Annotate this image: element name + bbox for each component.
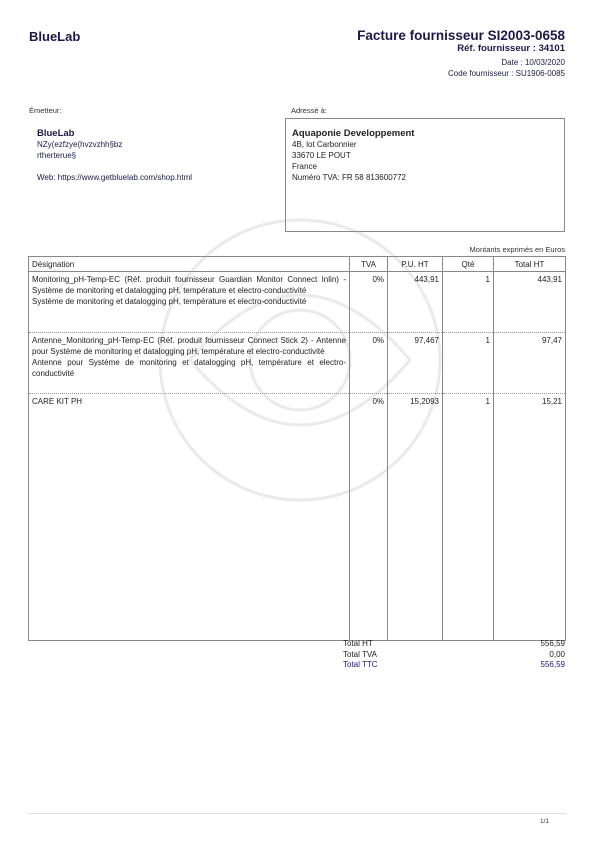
row-quantity: 1 <box>443 272 494 333</box>
row-total: 97,47 <box>494 333 566 394</box>
header-total: Total HT <box>494 257 566 272</box>
row-unit-price: 443,91 <box>388 272 443 333</box>
recipient-label: Adressé à: <box>291 106 327 115</box>
table-row: Antenne_Monitoring_pH-Temp-EC (Réf. prod… <box>29 333 566 394</box>
invoice-lines-table: Désignation TVA P.U. HT Qté Total HT Mon… <box>28 256 566 641</box>
invoice-date: Date : 10/03/2020 <box>501 58 565 67</box>
emitter-label: Émetteur: <box>29 106 62 115</box>
totals-block: Total HT 556,59 Total TVA 0,00 Total TTC… <box>343 639 565 671</box>
total-ht-value: 556,59 <box>541 639 565 650</box>
emitter-web: Web: https://www.getbluelab.com/shop.htm… <box>37 172 192 183</box>
page-number: 1/1 <box>540 818 549 825</box>
total-tva-row: Total TVA 0,00 <box>343 650 565 661</box>
currency-note: Montants exprimés en Euros <box>470 245 565 254</box>
row-unit-price: 15,2093 <box>388 394 443 641</box>
row-total: 443,91 <box>494 272 566 333</box>
header-tva: TVA <box>350 257 388 272</box>
total-ttc-value: 556,59 <box>541 660 565 671</box>
row-designation: Monitoring_pH-Temp-EC (Réf. produit four… <box>29 272 350 333</box>
description-text: Antenne pour Système de monitoring et da… <box>32 357 346 379</box>
recipient-block: Aquaponie Developpement 4B, lot Carbonni… <box>292 128 414 183</box>
emitter-name: BlueLab <box>37 128 192 139</box>
row-tva: 0% <box>350 333 388 394</box>
row-quantity: 1 <box>443 394 494 641</box>
row-designation: CARE KIT PH <box>29 394 350 641</box>
supplier-reference: Réf. fournisseur : 34101 <box>457 43 565 54</box>
row-tva: 0% <box>350 394 388 641</box>
supplier-code: Code fournisseur : SU1906-0085 <box>448 69 565 78</box>
total-tva-label: Total TVA <box>343 650 377 661</box>
table-row: CARE KIT PH 0% 15,2093 1 15,21 <box>29 394 566 641</box>
emitter-line2: rtherterue§ <box>37 150 192 161</box>
total-ttc-label: Total TTC <box>343 660 378 671</box>
table-row: Monitoring_pH-Temp-EC (Réf. produit four… <box>29 272 566 333</box>
emitter-line1: NZy(ezfzye(hvzvzhh§bz <box>37 139 192 150</box>
row-tva: 0% <box>350 272 388 333</box>
total-ht-row: Total HT 556,59 <box>343 639 565 650</box>
total-ttc-row: Total TTC 556,59 <box>343 660 565 671</box>
description-text: Système de monitoring et datalogging pH,… <box>32 296 346 307</box>
total-tva-value: 0,00 <box>549 650 565 661</box>
recipient-vat: Numéro TVA: FR 58 813600772 <box>292 172 414 183</box>
invoice-title: Facture fournisseur SI2003-0658 <box>357 28 565 43</box>
row-unit-price: 97,467 <box>388 333 443 394</box>
emitter-block: BlueLab NZy(ezfzye(hvzvzhh§bz rtherterue… <box>37 128 192 183</box>
row-designation: Antenne_Monitoring_pH-Temp-EC (Réf. prod… <box>29 333 350 394</box>
recipient-name: Aquaponie Developpement <box>292 128 414 139</box>
header-unit-price: P.U. HT <box>388 257 443 272</box>
recipient-address1: 4B, lot Carbonnier <box>292 139 414 150</box>
recipient-address2: 33670 LE POUT <box>292 150 414 161</box>
row-quantity: 1 <box>443 333 494 394</box>
footer-divider <box>28 813 566 814</box>
row-total: 15,21 <box>494 394 566 641</box>
designation-text: Antenne_Monitoring_pH-Temp-EC (Réf. prod… <box>32 335 346 357</box>
table-header-row: Désignation TVA P.U. HT Qté Total HT <box>29 257 566 272</box>
total-ht-label: Total HT <box>343 639 373 650</box>
designation-text: CARE KIT PH <box>32 396 346 407</box>
recipient-country: France <box>292 161 414 172</box>
header-designation: Désignation <box>29 257 350 272</box>
header-quantity: Qté <box>443 257 494 272</box>
designation-text: Monitoring_pH-Temp-EC (Réf. produit four… <box>32 274 346 296</box>
company-brand: BlueLab <box>29 29 80 44</box>
